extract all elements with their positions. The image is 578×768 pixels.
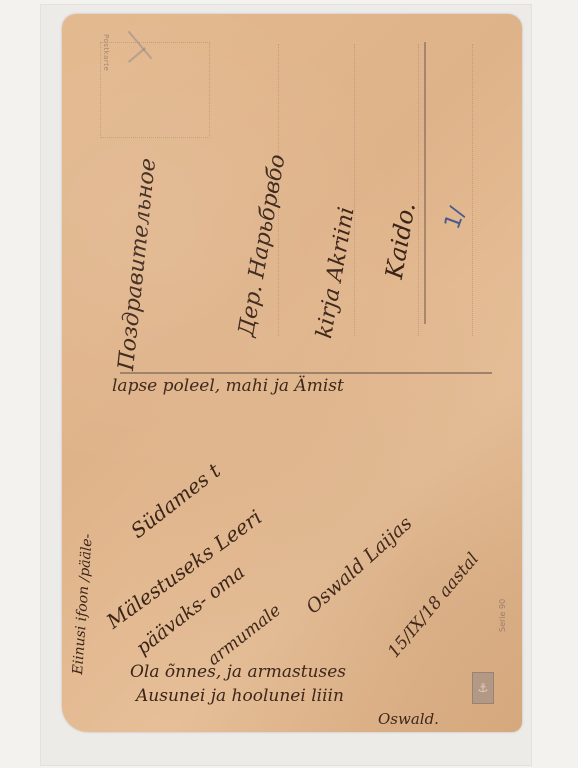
message-divider bbox=[120, 372, 492, 374]
message-line-4: armumale bbox=[204, 600, 285, 669]
signature-2: Oswald. bbox=[378, 710, 439, 728]
margin-handwriting: Поздравительное bbox=[114, 157, 161, 372]
address-divider bbox=[424, 42, 426, 324]
stamp-cross-mark bbox=[128, 31, 153, 60]
message-line-2: Mälestuseks Leeri bbox=[102, 505, 266, 633]
stamp-box-label: Postkarte bbox=[102, 34, 110, 71]
postcard: Postkarte Поздравительное Дер. Нарьбрвбо… bbox=[62, 14, 522, 732]
address-guide-line bbox=[278, 44, 279, 336]
message-line-3: päävaks- oma bbox=[132, 561, 249, 659]
publisher-logo-icon: ⚓ bbox=[472, 672, 494, 704]
pencil-mark: 1/ bbox=[440, 204, 471, 233]
message-line-1: Südames t bbox=[126, 458, 225, 543]
stamp-cross-mark bbox=[128, 47, 146, 63]
address-line-2: kirja Akriini bbox=[312, 205, 360, 340]
address-guide-line bbox=[472, 44, 473, 336]
message-line-0: lapse poleel, mahi ja Ämist bbox=[112, 376, 344, 396]
message-line-5: Ola õnnes, ja armastuses bbox=[130, 662, 346, 682]
address-guide-line bbox=[354, 44, 355, 336]
message-line-6: Ausunei ja hoolunei liiin bbox=[136, 686, 344, 706]
signature-1: Oswald Laijas bbox=[302, 512, 416, 618]
address-line-3: Kaido. bbox=[380, 200, 421, 281]
series-label: Serie 90 bbox=[498, 599, 507, 632]
address-guide-line bbox=[418, 44, 419, 336]
left-edge-handwriting: Eiinusi ifoon /pääle- bbox=[70, 533, 96, 675]
stamp-box bbox=[100, 42, 210, 138]
address-line-1: Дер. Нарьбрвбо bbox=[234, 152, 291, 338]
message-date: 15/IX/18 aastal bbox=[384, 549, 483, 662]
